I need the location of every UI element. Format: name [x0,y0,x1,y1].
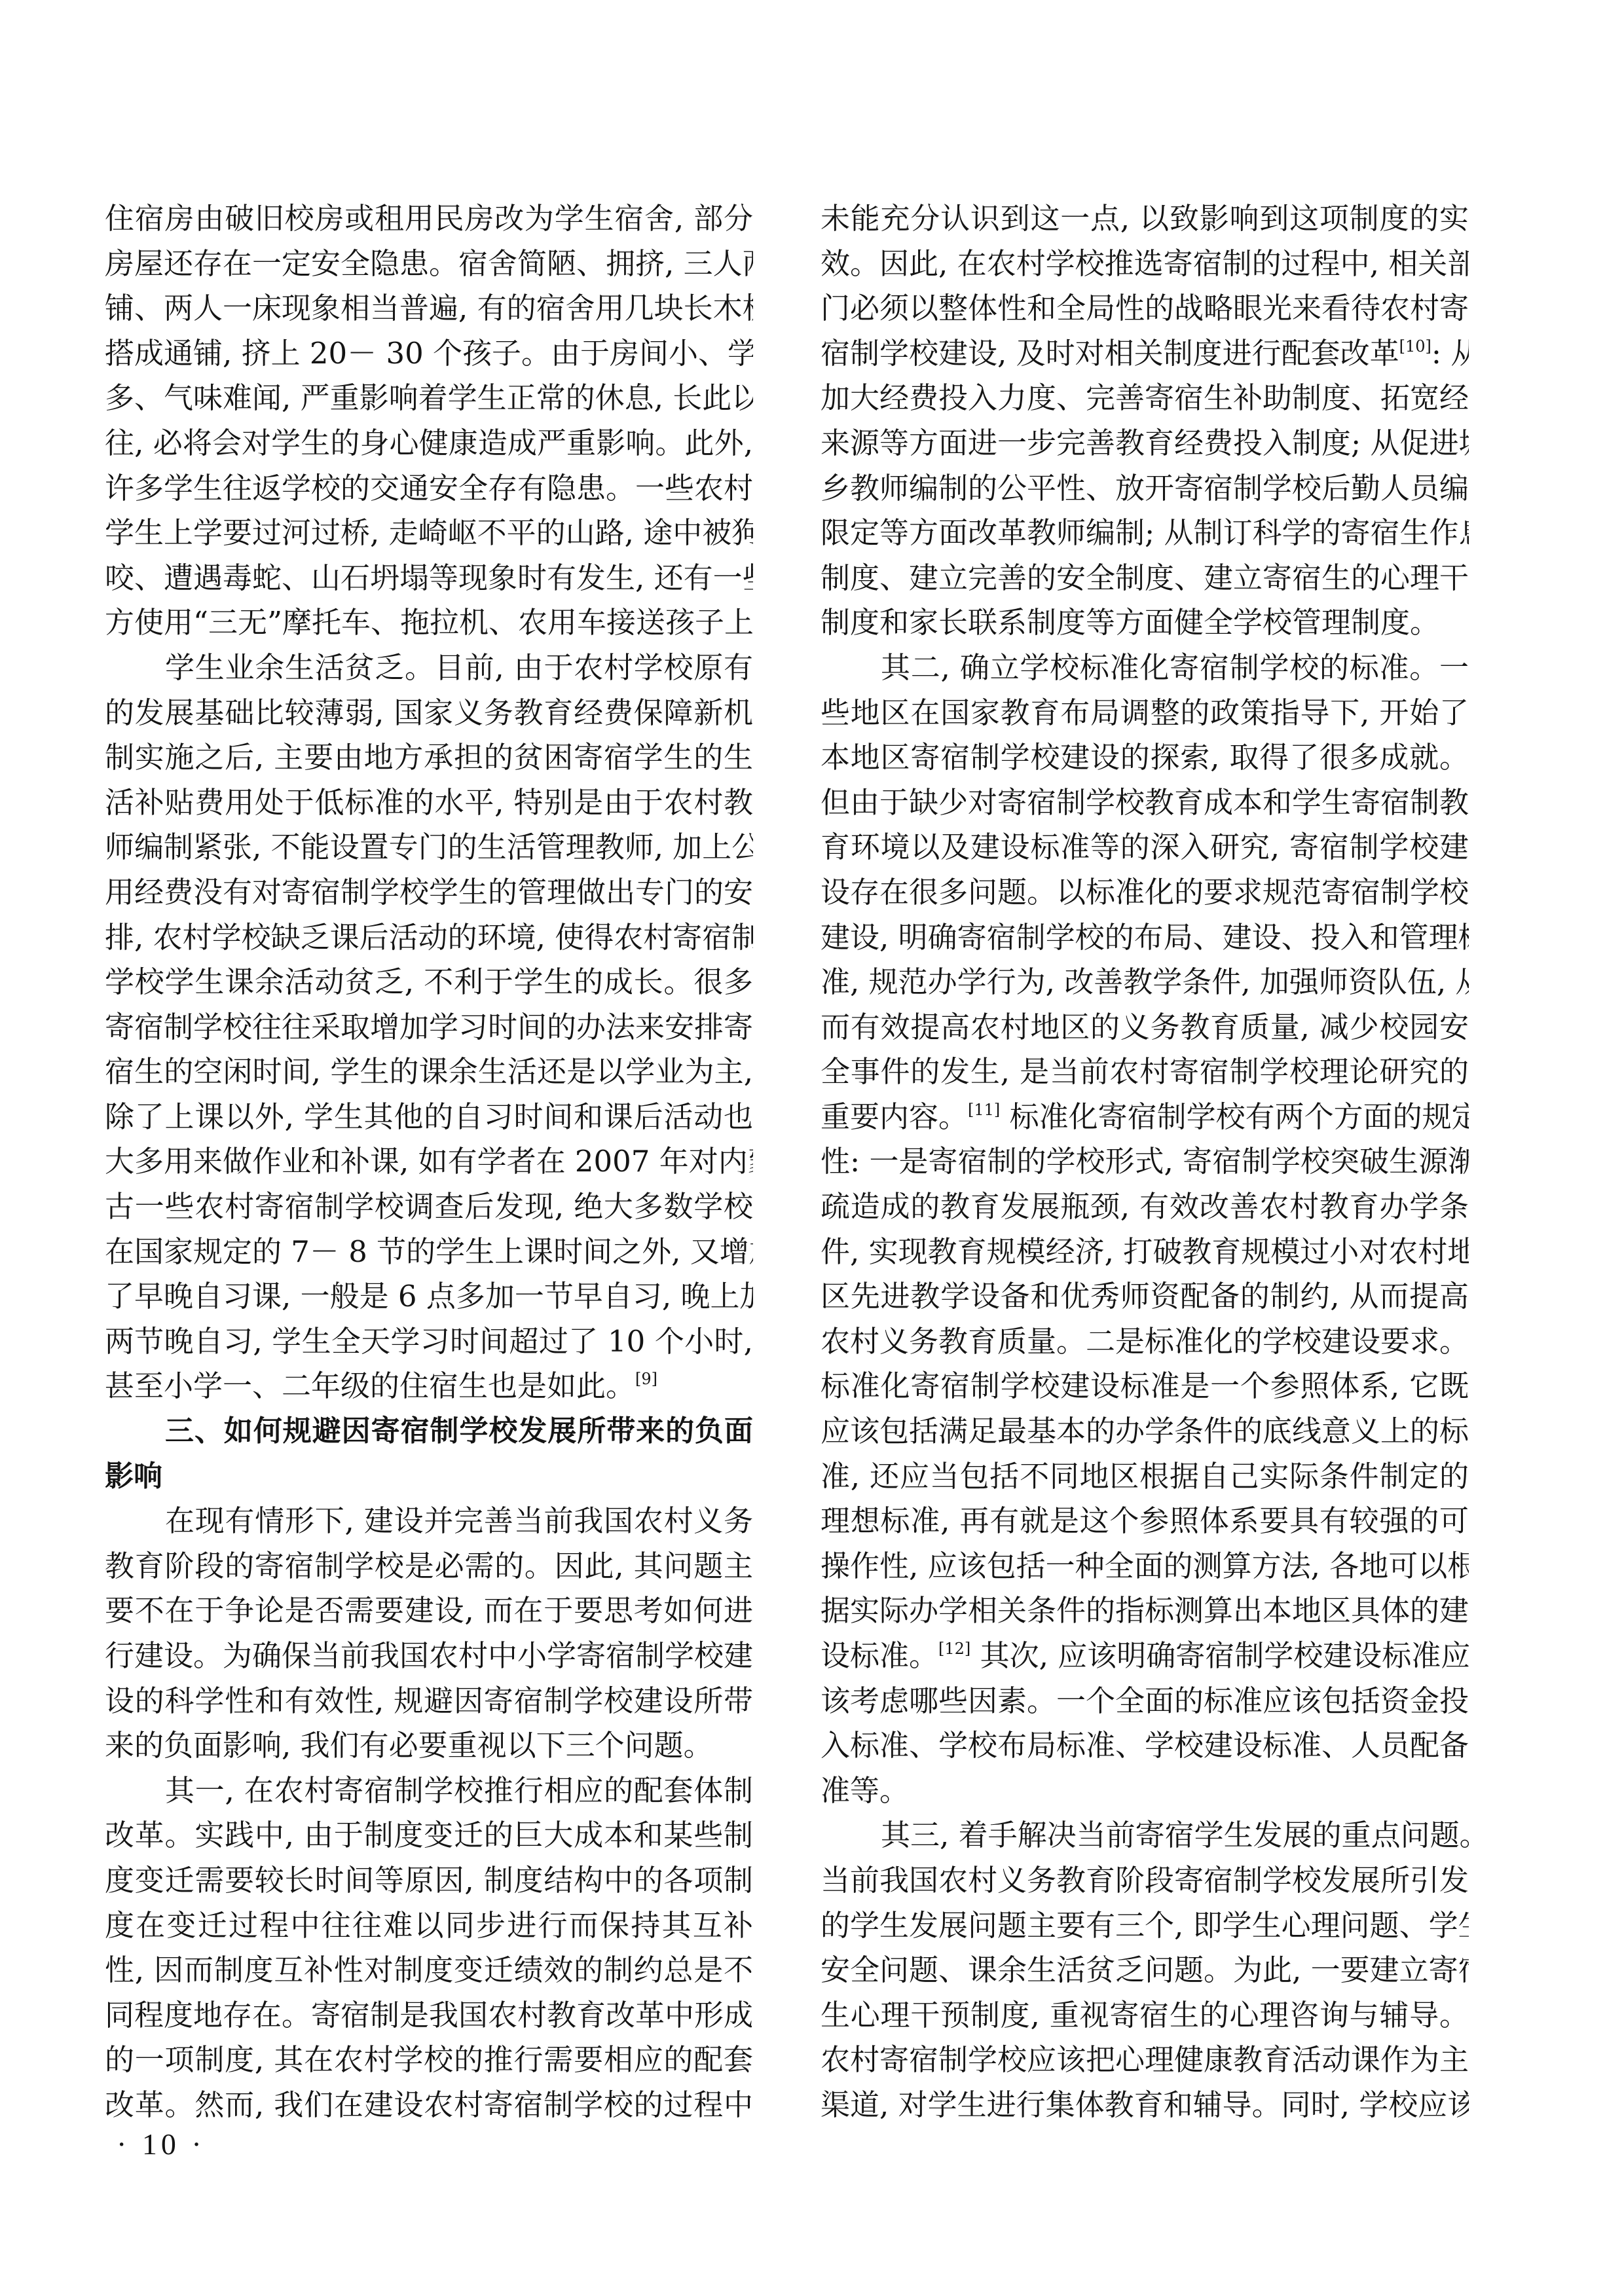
text-line: 育环境以及建设标准等的深入研究, 寄宿制学校建 [821,825,1469,870]
line-text: 寄宿制学校往往采取增加学习时间的办法来安排寄 [105,1010,753,1044]
line-text: 全事件的发生, 是当前农村寄宿制学校理论研究的 [821,1054,1469,1089]
text-line: 标准化寄宿制学校建设标准是一个参照体系, 它既 [821,1364,1469,1409]
left-text-column: 住宿房由破旧校房或租用民房改为学生宿舍, 部分房屋还存在一定安全隐患。宿舍简陋、… [105,196,753,2128]
line-text: 方使用“三无”摩托车、拖拉机、农用车接送孩子上学。 [105,605,753,640]
line-text: 多、气味难闻, 严重影响着学生正常的休息, 长此以 [105,380,753,415]
line-text: 设标准。 [821,1638,938,1673]
line-text: 住宿房由破旧校房或租用民房改为学生宿舍, 部分 [105,201,753,236]
line-text: 其三, 着手解决当前寄宿学生发展的重点问题。 [881,1818,1469,1852]
line-text: 许多学生往返学校的交通安全存有隐患。一些农村 [105,471,753,505]
text-line: 改革。然而, 我们在建设农村寄宿制学校的过程中 [105,2083,753,2128]
line-text: 效。因此, 在农村学校推选寄宿制的过程中, 相关部 [821,246,1469,281]
text-line: 理想标准, 再有就是这个参照体系要具有较强的可 [821,1499,1469,1544]
line-text: 的发展基础比较薄弱, 国家义务教育经费保障新机 [105,695,753,730]
line-text: 同程度地存在。寄宿制是我国农村教育改革中形成 [105,1998,753,2032]
text-line: 农村义务教育质量。二是标准化的学校建设要求。 [821,1319,1469,1365]
text-line: 学校学生课余活动贫乏, 不利于学生的成长。很多 [105,960,753,1005]
text-line: 疏造成的教育发展瓶颈, 有效改善农村教育办学条 [821,1184,1469,1230]
text-line: 准, 规范办学行为, 改善教学条件, 加强师资队伍, 从 [821,960,1469,1005]
line-text: 入标准、学校布局标准、学校建设标准、人员配备标 [821,1728,1469,1763]
line-text: 疏造成的教育发展瓶颈, 有效改善农村教育办学条 [821,1189,1469,1224]
text-line: 其一, 在农村寄宿制学校推行相应的配套体制 [105,1769,753,1814]
text-line: 限定等方面改革教师编制; 从制订科学的寄宿生作息 [821,511,1469,556]
line-text: 限定等方面改革教师编制; 从制订科学的寄宿生作息 [821,515,1469,550]
text-line: 往, 必将会对学生的身心健康造成严重影响。此外, [105,421,753,466]
text-line: 大多用来做作业和补课, 如有学者在 2007 年对内蒙 [105,1139,753,1184]
line-text: 本地区寄宿制学校建设的探索, 取得了很多成就。 [821,740,1469,775]
text-line: 制度、建立完善的安全制度、建立寄宿生的心理干预 [821,556,1469,601]
line-text: 该考虑哪些因素。一个全面的标准应该包括资金投 [821,1683,1469,1718]
line-text: 些地区在国家教育布局调整的政策指导下, 开始了 [821,695,1469,730]
text-line: 入标准、学校布局标准、学校建设标准、人员配备标 [821,1723,1469,1769]
text-line: 排, 农村学校缺乏课后活动的环境, 使得农村寄宿制 [105,915,753,961]
page-number: · 10 · [117,2127,206,2161]
text-line: 区先进教学设备和优秀师资配备的制约, 从而提高 [821,1274,1469,1319]
text-line: 两节晚自习, 学生全天学习时间超过了 10 个小时, [105,1319,753,1365]
line-text: 但由于缺少对寄宿制学校教育成本和学生寄宿制教 [821,785,1469,820]
line-text: 宿生的空闲时间, 学生的课余生活还是以学业为主, [105,1054,753,1089]
text-line: 宿生的空闲时间, 学生的课余生活还是以学业为主, [105,1050,753,1095]
text-line: 在国家规定的 7－ 8 节的学生上课时间之外, 又增加 [105,1230,753,1275]
line-text: 设存在很多问题。以标准化的要求规范寄宿制学校 [821,875,1469,909]
line-text: 制度和家长联系制度等方面健全学校管理制度。 [821,605,1439,640]
line-text: 件, 实现教育规模经济, 打破教育规模过小对农村地 [821,1234,1469,1269]
line-text: 改革。实践中, 由于制度变迁的巨大成本和某些制 [105,1818,753,1852]
text-line: 渠道, 对学生进行集体教育和辅导。同时, 学校应该 [821,2083,1469,2128]
text-line: 行建设。为确保当前我国农村中小学寄宿制学校建 [105,1634,753,1679]
text-line: 设存在很多问题。以标准化的要求规范寄宿制学校 [821,870,1469,915]
line-text: 加大经费投入力度、完善寄宿生补助制度、拓宽经费 [821,380,1469,415]
text-line: 安全问题、课余生活贫乏问题。为此, 一要建立寄宿 [821,1948,1469,1993]
section-heading-line: 三、如何规避因寄宿制学校发展所带来的负面 [105,1409,753,1454]
text-line: 师编制紧张, 不能设置专门的生活管理教师, 加上公 [105,825,753,870]
line-text: 影响 [105,1460,162,1493]
line-text-continued: : 从 [1431,336,1469,371]
line-text: 区先进教学设备和优秀师资配备的制约, 从而提高 [821,1279,1469,1313]
line-text: 铺、两人一床现象相当普遍, 有的宿舍用几块长木板 [105,291,753,325]
line-text: 准, 规范办学行为, 改善教学条件, 加强师资队伍, 从 [821,964,1469,999]
text-line: 用经费没有对寄宿制学校学生的管理做出专门的安 [105,870,753,915]
text-line: 宿制学校建设, 及时对相关制度进行配套改革[10]: 从 [821,331,1469,376]
text-line: 多、气味难闻, 严重影响着学生正常的休息, 长此以 [105,376,753,421]
line-text: 建设, 明确寄宿制学校的布局、建设、投入和管理标 [821,920,1469,955]
text-line: 甚至小学一、二年级的住宿生也是如此。[9] [105,1364,753,1409]
line-text: 房屋还存在一定安全隐患。宿舍简陋、拥挤, 三人两 [105,246,753,281]
line-text: 标准化寄宿制学校建设标准是一个参照体系, 它既 [821,1368,1469,1403]
text-line: 当前我国农村义务教育阶段寄宿制学校发展所引发 [821,1858,1469,1903]
text-line: 农村寄宿制学校应该把心理健康教育活动课作为主 [821,2038,1469,2083]
text-line: 设标准。[12] 其次, 应该明确寄宿制学校建设标准应 [821,1634,1469,1679]
line-text: 三、如何规避因寄宿制学校发展所带来的负面 [165,1414,753,1448]
text-line: 住宿房由破旧校房或租用民房改为学生宿舍, 部分 [105,196,753,242]
line-text: 操作性, 应该包括一种全面的测算方法, 各地可以根 [821,1549,1469,1583]
line-text: 学生业余生活贫乏。目前, 由于农村学校原有 [165,650,753,685]
line-text: 门必须以整体性和全局性的战略眼光来看待农村寄 [821,291,1469,325]
text-line: 许多学生往返学校的交通安全存有隐患。一些农村 [105,466,753,511]
line-text: 当前我国农村义务教育阶段寄宿制学校发展所引发 [821,1863,1469,1898]
line-text: 除了上课以外, 学生其他的自习时间和课后活动也 [105,1099,753,1134]
text-line: 学生业余生活贫乏。目前, 由于农村学校原有 [105,646,753,691]
citation-reference: [11] [968,1101,1000,1119]
line-text: 古一些农村寄宿制学校调查后发现, 绝大多数学校 [105,1189,753,1224]
line-text: 理想标准, 再有就是这个参照体系要具有较强的可 [821,1503,1469,1538]
line-text: 咬、遭遇毒蛇、山石坍塌等现象时有发生, 还有一些地 [105,560,753,595]
text-line: 据实际办学相关条件的指标测算出本地区具体的建 [821,1588,1469,1634]
line-text: 渠道, 对学生进行集体教育和辅导。同时, 学校应该 [821,2087,1469,2122]
text-line: 了早晚自习课, 一般是 6 点多加一节早自习, 晚上加 [105,1274,753,1319]
line-text: 学校学生课余活动贫乏, 不利于学生的成长。很多 [105,964,753,999]
text-line: 来源等方面进一步完善教育经费投入制度; 从促进城 [821,421,1469,466]
text-line: 该考虑哪些因素。一个全面的标准应该包括资金投 [821,1679,1469,1724]
line-text: 教育阶段的寄宿制学校是必需的。因此, 其问题主 [105,1549,753,1583]
line-text: 甚至小学一、二年级的住宿生也是如此。 [105,1368,635,1403]
text-line: 本地区寄宿制学校建设的探索, 取得了很多成就。 [821,735,1469,780]
citation-reference: [12] [938,1640,970,1658]
line-text: 其二, 确立学校标准化寄宿制学校的标准。一 [881,650,1469,685]
text-line: 房屋还存在一定安全隐患。宿舍简陋、拥挤, 三人两 [105,242,753,287]
text-line: 准, 还应当包括不同地区根据自己实际条件制定的 [821,1454,1469,1499]
line-text: 往, 必将会对学生的身心健康造成严重影响。此外, [105,426,753,460]
section-heading-line: 影响 [105,1454,753,1499]
text-line: 操作性, 应该包括一种全面的测算方法, 各地可以根 [821,1544,1469,1589]
line-text: 宿制学校建设, 及时对相关制度进行配套改革 [821,336,1399,371]
text-line: 制度和家长联系制度等方面健全学校管理制度。 [821,600,1469,646]
text-line: 全事件的发生, 是当前农村寄宿制学校理论研究的 [821,1050,1469,1095]
line-text: 排, 农村学校缺乏课后活动的环境, 使得农村寄宿制 [105,920,753,955]
line-text: 育环境以及建设标准等的深入研究, 寄宿制学校建 [821,830,1469,864]
text-line: 生心理干预制度, 重视寄宿生的心理咨询与辅导。 [821,1993,1469,2038]
text-line: 件, 实现教育规模经济, 打破教育规模过小对农村地 [821,1230,1469,1275]
line-text: 性: 一是寄宿制的学校形式, 寄宿制学校突破生源渐 [821,1144,1469,1179]
text-line: 的发展基础比较薄弱, 国家义务教育经费保障新机 [105,691,753,736]
line-text: 重要内容。 [821,1099,968,1134]
text-line: 建设, 明确寄宿制学校的布局、建设、投入和管理标 [821,915,1469,961]
citation-reference: [10] [1399,337,1431,356]
text-line: 要不在于争论是否需要建设, 而在于要思考如何进 [105,1588,753,1634]
text-line: 其三, 着手解决当前寄宿学生发展的重点问题。 [821,1813,1469,1858]
right-text-column: 未能充分认识到这一点, 以致影响到这项制度的实效。因此, 在农村学校推选寄宿制的… [821,196,1469,2128]
text-line: 门必须以整体性和全局性的战略眼光来看待农村寄 [821,286,1469,331]
line-text: 来源等方面进一步完善教育经费投入制度; 从促进城 [821,426,1469,460]
line-text: 性, 因而制度互补性对制度变迁绩效的制约总是不 [105,1953,753,1987]
text-line: 同程度地存在。寄宿制是我国农村教育改革中形成 [105,1993,753,2038]
text-line: 未能充分认识到这一点, 以致影响到这项制度的实 [821,196,1469,242]
line-text: 应该包括满足最基本的办学条件的底线意义上的标 [821,1414,1469,1448]
line-text: 在国家规定的 7－ 8 节的学生上课时间之外, 又增加 [105,1234,753,1269]
line-text: 在现有情形下, 建设并完善当前我国农村义务 [165,1503,753,1538]
text-line: 学生上学要过河过桥, 走崎岖不平的山路, 途中被狗 [105,511,753,556]
line-text: 度在变迁过程中往往难以同步进行而保持其互补 [105,1908,753,1943]
text-line: 除了上课以外, 学生其他的自习时间和课后活动也 [105,1095,753,1140]
line-text-continued: 其次, 应该明确寄宿制学校建设标准应 [970,1638,1469,1673]
line-text: 改革。然而, 我们在建设农村寄宿制学校的过程中 [105,2087,753,2122]
text-line: 性, 因而制度互补性对制度变迁绩效的制约总是不 [105,1948,753,1993]
line-text: 据实际办学相关条件的指标测算出本地区具体的建 [821,1593,1469,1628]
text-line: 效。因此, 在农村学校推选寄宿制的过程中, 相关部 [821,242,1469,287]
text-line: 改革。实践中, 由于制度变迁的巨大成本和某些制 [105,1813,753,1858]
line-text: 活补贴费用处于低标准的水平, 特别是由于农村教 [105,785,753,820]
text-line: 的学生发展问题主要有三个, 即学生心理问题、学生 [821,1903,1469,1949]
line-text: 农村寄宿制学校应该把心理健康教育活动课作为主 [821,2042,1469,2077]
line-text: 农村义务教育质量。二是标准化的学校建设要求。 [821,1324,1469,1359]
text-line: 重要内容。[11] 标准化寄宿制学校有两个方面的规定 [821,1095,1469,1140]
text-line: 其二, 确立学校标准化寄宿制学校的标准。一 [821,646,1469,691]
text-line: 古一些农村寄宿制学校调查后发现, 绝大多数学校 [105,1184,753,1230]
text-line: 搭成通铺, 挤上 20－ 30 个孩子。由于房间小、学生 [105,331,753,376]
text-line: 而有效提高农村地区的义务教育质量, 减少校园安 [821,1005,1469,1050]
text-line: 加大经费投入力度、完善寄宿生补助制度、拓宽经费 [821,376,1469,421]
text-line: 度在变迁过程中往往难以同步进行而保持其互补 [105,1903,753,1949]
text-line: 度变迁需要较长时间等原因, 制度结构中的各项制 [105,1858,753,1903]
text-line: 准等。 [821,1769,1469,1814]
text-line: 铺、两人一床现象相当普遍, 有的宿舍用几块长木板 [105,286,753,331]
text-line: 但由于缺少对寄宿制学校教育成本和学生寄宿制教 [821,780,1469,826]
text-line: 设的科学性和有效性, 规避因寄宿制学校建设所带 [105,1679,753,1724]
line-text: 的一项制度, 其在农村学校的推行需要相应的配套 [105,2042,753,2077]
line-text: 制度、建立完善的安全制度、建立寄宿生的心理干预 [821,560,1469,595]
text-line: 咬、遭遇毒蛇、山石坍塌等现象时有发生, 还有一些地 [105,556,753,601]
line-text: 其一, 在农村寄宿制学校推行相应的配套体制 [165,1773,753,1808]
text-line: 来的负面影响, 我们有必要重视以下三个问题。 [105,1723,753,1769]
text-line: 教育阶段的寄宿制学校是必需的。因此, 其问题主 [105,1544,753,1589]
line-text: 来的负面影响, 我们有必要重视以下三个问题。 [105,1728,713,1763]
line-text: 学生上学要过河过桥, 走崎岖不平的山路, 途中被狗 [105,515,753,550]
line-text: 乡教师编制的公平性、放开寄宿制学校后勤人员编制 [821,471,1469,505]
line-text: 生心理干预制度, 重视寄宿生的心理咨询与辅导。 [821,1998,1469,2032]
line-text: 准等。 [821,1773,909,1808]
line-text: 行建设。为确保当前我国农村中小学寄宿制学校建 [105,1638,753,1673]
text-line: 制实施之后, 主要由地方承担的贫困寄宿学生的生 [105,735,753,780]
text-line: 寄宿制学校往往采取增加学习时间的办法来安排寄 [105,1005,753,1050]
line-text: 未能充分认识到这一点, 以致影响到这项制度的实 [821,201,1469,236]
line-text: 大多用来做作业和补课, 如有学者在 2007 年对内蒙 [105,1144,753,1179]
text-line: 性: 一是寄宿制的学校形式, 寄宿制学校突破生源渐 [821,1139,1469,1184]
document-page: 住宿房由破旧校房或租用民房改为学生宿舍, 部分房屋还存在一定安全隐患。宿舍简陋、… [0,0,1624,2295]
line-text: 准, 还应当包括不同地区根据自己实际条件制定的 [821,1459,1469,1494]
text-line: 些地区在国家教育布局调整的政策指导下, 开始了 [821,691,1469,736]
citation-reference: [9] [635,1370,657,1388]
line-text: 设的科学性和有效性, 规避因寄宿制学校建设所带 [105,1683,753,1718]
line-text: 的学生发展问题主要有三个, 即学生心理问题、学生 [821,1908,1469,1943]
line-text: 制实施之后, 主要由地方承担的贫困寄宿学生的生 [105,740,753,775]
line-text-continued: 标准化寄宿制学校有两个方面的规定 [1000,1099,1469,1134]
text-line: 应该包括满足最基本的办学条件的底线意义上的标 [821,1409,1469,1454]
line-text: 要不在于争论是否需要建设, 而在于要思考如何进 [105,1593,753,1628]
text-line: 方使用“三无”摩托车、拖拉机、农用车接送孩子上学。 [105,600,753,646]
text-line: 在现有情形下, 建设并完善当前我国农村义务 [105,1499,753,1544]
text-line: 活补贴费用处于低标准的水平, 特别是由于农村教 [105,780,753,826]
text-line: 乡教师编制的公平性、放开寄宿制学校后勤人员编制 [821,466,1469,511]
line-text: 师编制紧张, 不能设置专门的生活管理教师, 加上公 [105,830,753,864]
line-text: 用经费没有对寄宿制学校学生的管理做出专门的安 [105,875,753,909]
line-text: 而有效提高农村地区的义务教育质量, 减少校园安 [821,1010,1469,1044]
line-text: 搭成通铺, 挤上 20－ 30 个孩子。由于房间小、学生 [105,336,753,371]
line-text: 安全问题、课余生活贫乏问题。为此, 一要建立寄宿 [821,1953,1469,1987]
line-text: 度变迁需要较长时间等原因, 制度结构中的各项制 [105,1863,753,1898]
line-text: 了早晚自习课, 一般是 6 点多加一节早自习, 晚上加 [105,1279,753,1313]
line-text: 两节晚自习, 学生全天学习时间超过了 10 个小时, [105,1324,753,1359]
text-line: 的一项制度, 其在农村学校的推行需要相应的配套 [105,2038,753,2083]
